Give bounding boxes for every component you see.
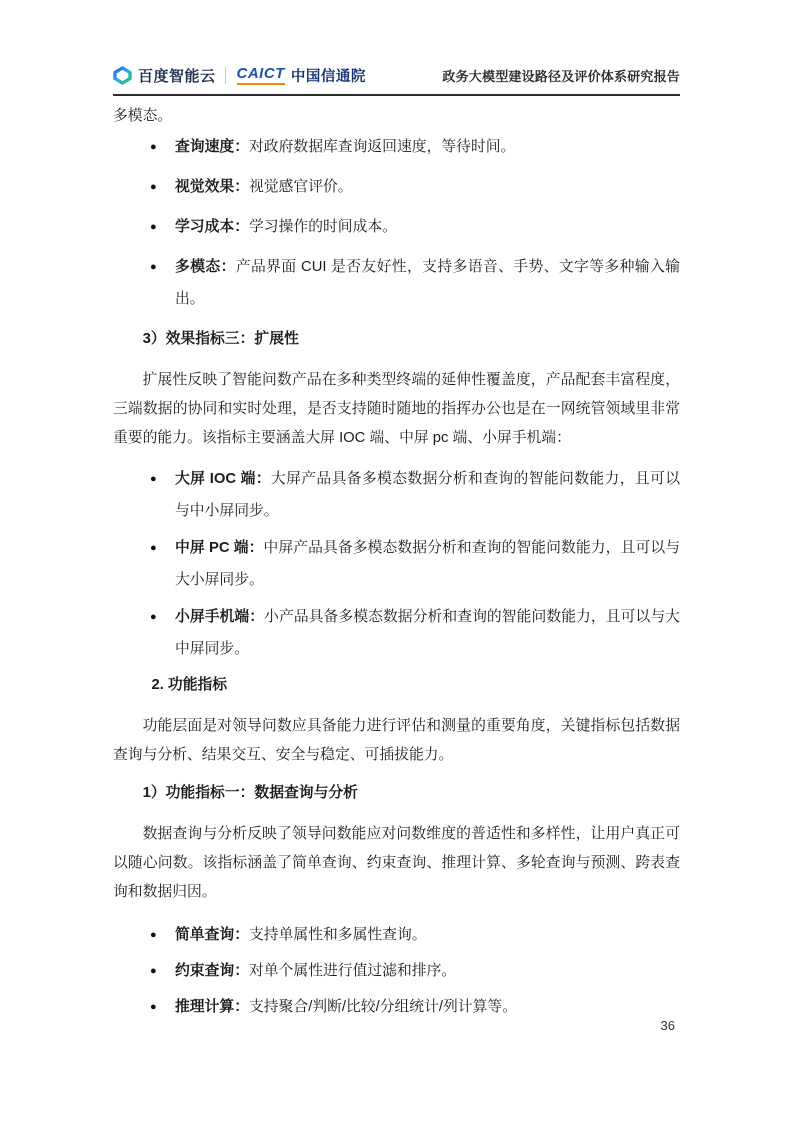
paragraph-effect-indicator-3: 扩展性反映了智能问数产品在多种类型终端的延伸性覆盖度，产品配套丰富程度，三端数据… [113,366,680,453]
paragraph-function-indicator: 功能层面是对领导问数应具备能力进行评估和测量的重要角度，关键指标包括数据查询与分… [113,712,680,770]
bullet-desc: 支持单属性和多属性查询。 [249,927,427,943]
bullet-desc: 对单个属性进行值过滤和排序。 [249,963,456,979]
page-header: 百度智能云 CAICT 中国信通院 政务大模型建设路径及评价体系研究报告 [113,56,680,96]
bullet-desc: 对政府数据库查询返回速度，等待时间。 [249,139,515,155]
document-page: 百度智能云 CAICT 中国信通院 政务大模型建设路径及评价体系研究报告 多模态… [0,0,793,1122]
bullet-term: 约束查询： [175,963,249,979]
list-item: 推理计算：支持聚合/判断/比较/分组统计/列计算等。 [113,991,680,1023]
bullet-term: 视觉效果： [175,179,249,195]
caict-logo-cn: 中国信通院 [291,65,366,86]
bullet-list-function-indicator-1: 简单查询：支持单属性和多属性查询。 约束查询：对单个属性进行值过滤和排序。 推理… [113,919,680,1023]
bullet-desc: 学习操作的时间成本。 [249,219,397,235]
bullet-list-effect-indicator-3: 大屏 IOC 端：大屏产品具备多模态数据分析和查询的智能问数能力，且可以与中小屏… [113,463,680,665]
baidu-cloud-logo-text: 百度智能云 [138,65,216,86]
list-item: 简单查询：支持单属性和多属性查询。 [113,919,680,951]
list-item: 小屏手机端：小产品具备多模态数据分析和查询的智能问数能力，且可以与大中屏同步。 [113,601,680,665]
report-title: 政务大模型建设路径及评价体系研究报告 [442,66,680,85]
bullet-list-effect-indicator-2: 查询速度：对政府数据库查询返回速度，等待时间。 视觉效果：视觉感官评价。 学习成… [113,131,680,315]
caict-logo: CAICT 中国信通院 [237,65,366,86]
bullet-term: 大屏 IOC 端： [175,471,271,487]
heading-effect-indicator-3: 3）效果指标三：扩展性 [113,324,680,354]
bullet-term: 中屏 PC 端： [175,540,263,556]
caict-logo-en: CAICT [237,65,285,85]
bullet-term: 多模态： [175,259,236,275]
page-number: 36 [661,1018,675,1033]
list-item: 查询速度：对政府数据库查询返回速度，等待时间。 [113,131,680,163]
heading-function-indicator-1: 1）功能指标一：数据查询与分析 [113,778,680,808]
list-item: 视觉效果：视觉感官评价。 [113,171,680,203]
bullet-term: 简单查询： [175,927,249,943]
paragraph-function-indicator-1: 数据查询与分析反映了领导问数能应对问数维度的普适性和多样性，让用户真正可以随心问… [113,820,680,907]
bullet-desc: 产品界面 CUI 是否友好性，支持多语音、手势、文字等多种输入输出。 [175,259,680,307]
bullet-desc: 支持聚合/判断/比较/分组统计/列计算等。 [249,999,517,1015]
heading-function-indicator: 2. 功能指标 [113,670,680,700]
logo-divider [225,67,226,84]
header-logos: 百度智能云 CAICT 中国信通院 [113,65,366,86]
list-item: 多模态：产品界面 CUI 是否友好性，支持多语音、手势、文字等多种输入输出。 [113,251,680,315]
list-item: 中屏 PC 端：中屏产品具备多模态数据分析和查询的智能问数能力，且可以与大小屏同… [113,532,680,596]
list-item: 约束查询：对单个属性进行值过滤和排序。 [113,955,680,987]
page-content: 多模态。 查询速度：对政府数据库查询返回速度，等待时间。 视觉效果：视觉感官评价… [113,102,680,1023]
bullet-desc: 视觉感官评价。 [249,179,353,195]
bullet-term: 小屏手机端： [175,609,264,625]
list-item: 学习成本：学习操作的时间成本。 [113,211,680,243]
bullet-term: 学习成本： [175,219,249,235]
bullet-term: 推理计算： [175,999,249,1015]
baidu-cloud-logo-icon [113,66,138,85]
baidu-cloud-logo: 百度智能云 [113,65,216,86]
list-item: 大屏 IOC 端：大屏产品具备多模态数据分析和查询的智能问数能力，且可以与中小屏… [113,463,680,527]
bullet-term: 查询速度： [175,139,249,155]
paragraph-continuation: 多模态。 [113,102,680,131]
